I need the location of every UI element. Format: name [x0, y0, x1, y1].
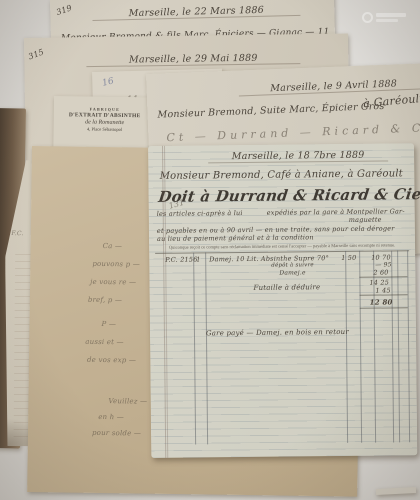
date-line: Marseille, le 18 7bre 1889	[208, 149, 388, 163]
addressee-line: Monsieur Bremond, Suite Marc, Épicier Gr…	[157, 101, 384, 121]
letterhead-address: 4, Place Sébastopol	[68, 126, 142, 132]
archive-number: 315	[27, 47, 45, 61]
column-rule	[397, 250, 400, 442]
paper-sliver	[376, 487, 416, 495]
date-line: Marseille, le 29 Mai 1889	[86, 52, 300, 67]
company-name: Doit à Durrand & Ricard & Cie	[157, 185, 405, 206]
letter-fragment: Ca —	[103, 242, 123, 250]
photo-of-documents: 319 Marseille, le 22 Mars 1886 Monsieur …	[0, 0, 420, 500]
entry-qty: 1	[196, 255, 200, 263]
letter-fragment: Veuillez —	[108, 397, 147, 406]
entry-ref: P.C. 2156	[165, 255, 197, 263]
column-rule	[407, 250, 410, 442]
letter-fragment: pouvons p —	[92, 260, 140, 269]
shipping-clause-right: expédiés par la gare à Montpellier Gar-	[267, 207, 405, 216]
entry-price: 1 50	[341, 254, 356, 262]
deduction-amount: 1 45	[375, 286, 390, 294]
total-amount: 12 80	[370, 297, 393, 306]
destination: à Garéoult	[363, 92, 420, 110]
column-rule	[391, 250, 394, 442]
letter-fragment: de vos exp —	[87, 356, 136, 365]
watermark-text-line	[376, 13, 406, 17]
letter-fragment: pour solde —	[92, 429, 141, 438]
watermark-text-line	[376, 19, 398, 22]
entry-description-2: dépôt à suivre	[271, 262, 314, 268]
deduction-note: Futaille à déduire	[253, 283, 320, 292]
letter-fragment: je vous re —	[90, 278, 136, 287]
entry-amount-3: 2 60	[373, 268, 388, 276]
subtotal-amount: 14 25	[369, 278, 389, 286]
watermark-logo	[362, 8, 416, 26]
invoice-1889-front: 131 Marseille, le 18 7bre 1889 Monsieur …	[148, 143, 417, 458]
letter-fragment: P —	[101, 320, 116, 328]
letterhead-name: de la Romanette	[68, 119, 142, 126]
shipping-clause-left: les articles ci-après à lui	[157, 209, 243, 218]
column-rule	[359, 251, 362, 443]
letter-fragment: bref, p —	[88, 296, 122, 304]
footnote: Gare payé — Damej. en bois en retour	[206, 328, 349, 337]
payment-terms-2: au lieu de paiement général et à la cond…	[157, 233, 314, 243]
pencil-number: 16	[101, 76, 115, 88]
entry-description-3: Damej.e	[279, 269, 305, 276]
watermark-text	[376, 13, 406, 22]
margin-note: F.C.	[11, 230, 23, 237]
column-rule	[205, 252, 208, 444]
column-rule	[193, 253, 196, 445]
ghost-line: Ct — Durrand — Ricard & Cie	[166, 121, 420, 145]
watermark-camera-icon	[362, 12, 373, 23]
shipping-clause-right2: maguette	[349, 216, 382, 224]
letterhead-product: D'EXTRAIT D'ABSINTHE	[68, 112, 142, 119]
total-bottom-rule	[360, 307, 408, 309]
column-rule	[345, 251, 348, 443]
letter-fragment: en h —	[98, 413, 124, 421]
letter-fragment: aussi et —	[85, 338, 124, 347]
addressee-line: Monsieur Bremond, Café à Aniane, à Garéo…	[156, 168, 406, 182]
printed-letterhead: FABRIQUE D'EXTRAIT D'ABSINTHE de la Roma…	[68, 106, 142, 132]
total-box-rule	[360, 294, 408, 296]
fine-print: Quiconque reçoit ce compte sans réclamat…	[159, 242, 405, 250]
entry-amount-1: 10 70	[371, 253, 391, 261]
archive-number: 319	[55, 3, 73, 17]
letterhead-fabrique: FABRIQUE	[68, 106, 142, 112]
date-line: Marseille, le 22 Mars 1886	[92, 4, 300, 21]
